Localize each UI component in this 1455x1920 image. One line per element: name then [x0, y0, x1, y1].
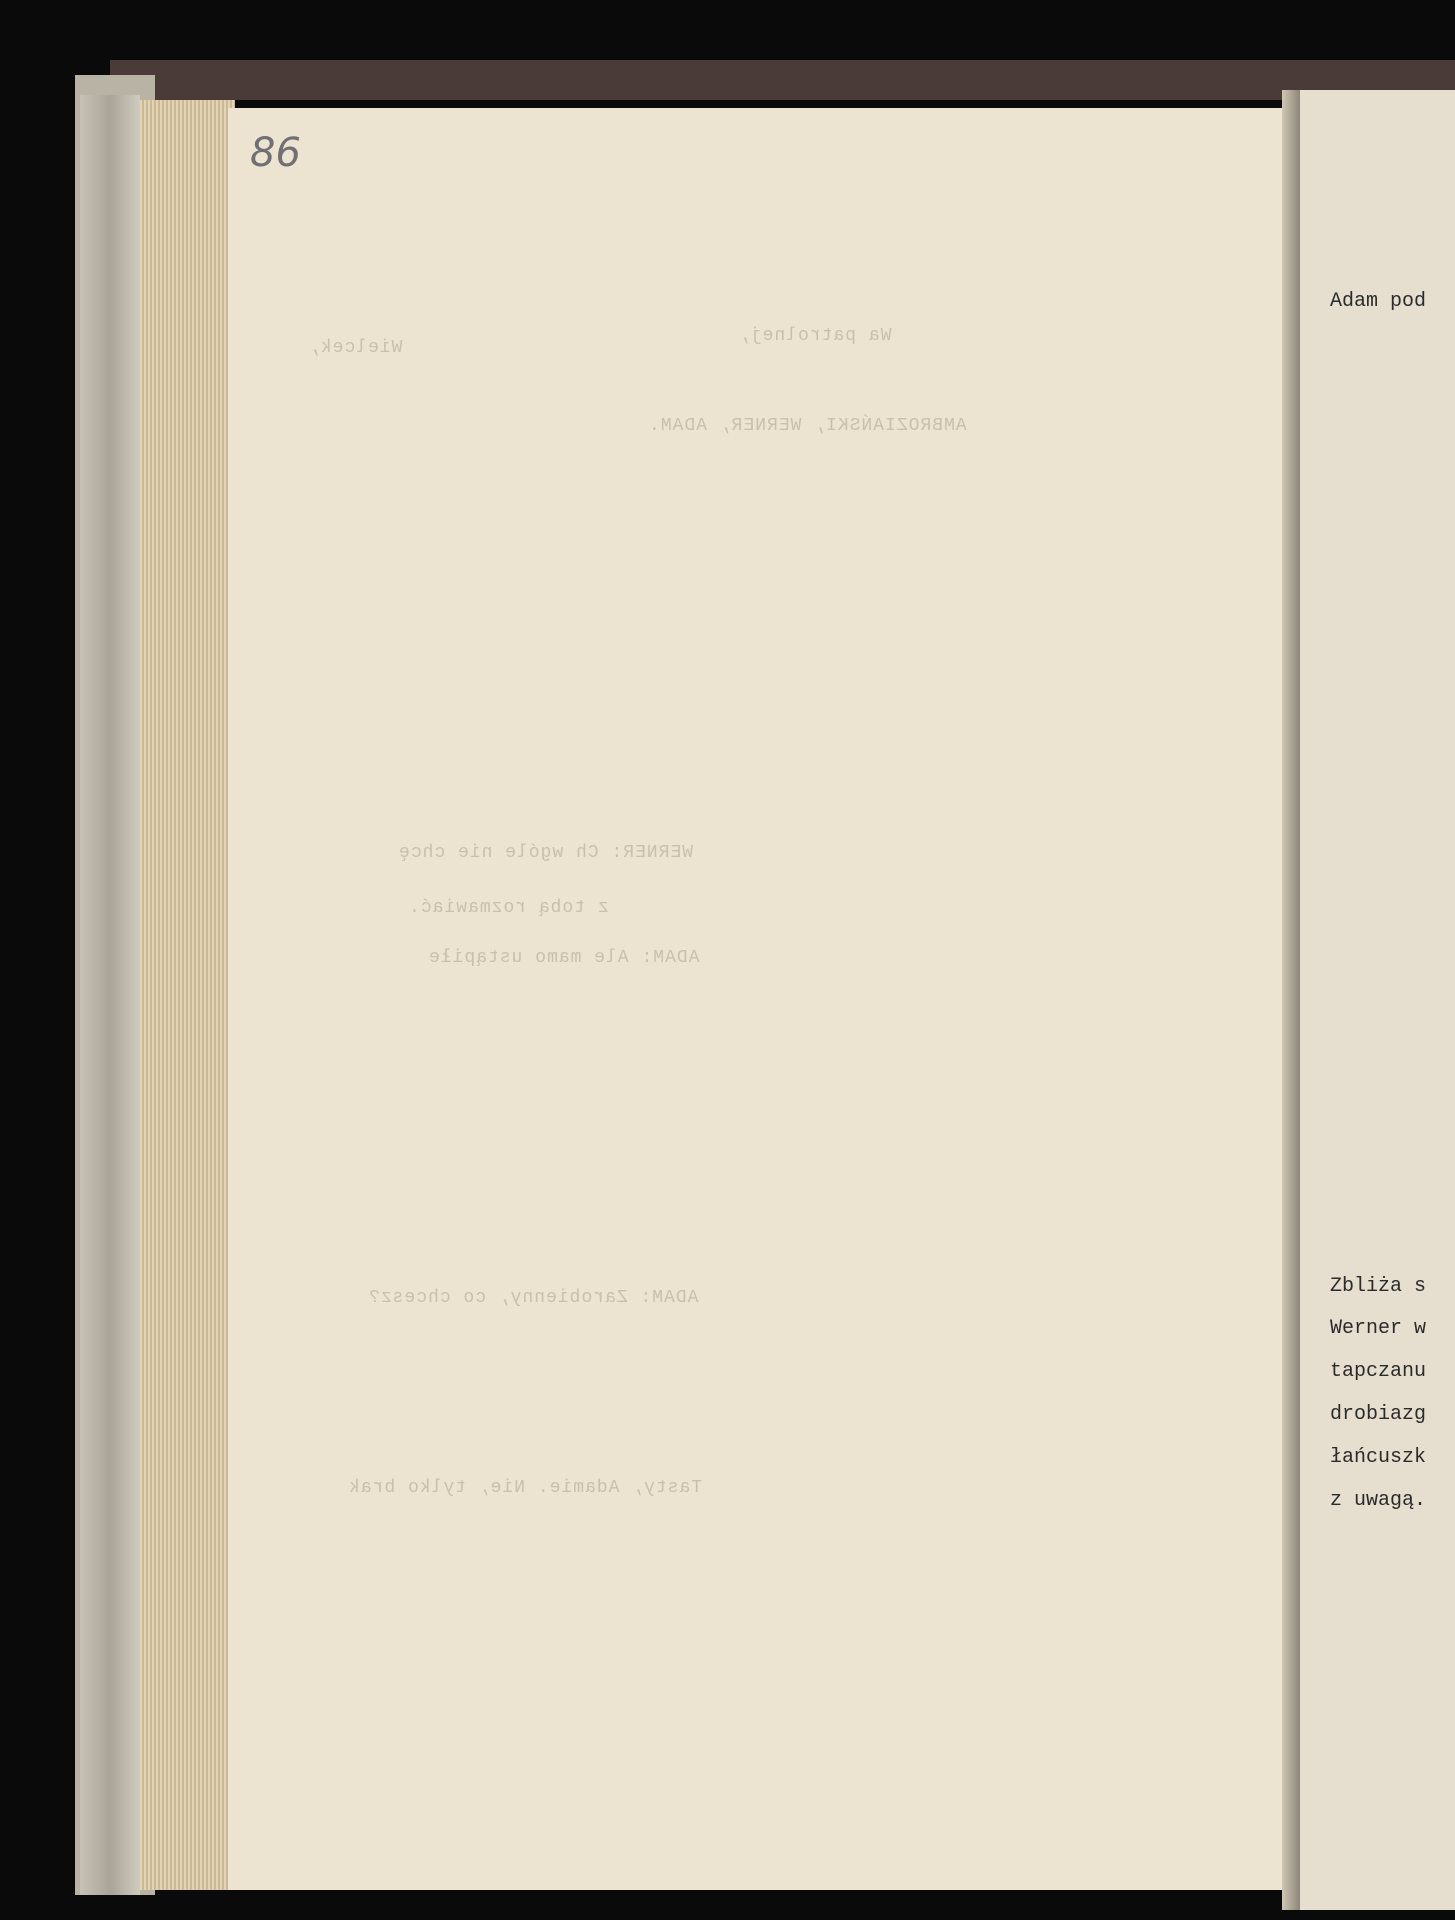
bleed-line: Wa patrolnej,	[738, 326, 891, 346]
right-page-line: Zbliża s	[1330, 1275, 1426, 1298]
bleed-line: ADAM: Zarobienny, co chcesz?	[368, 1288, 698, 1308]
handwritten-page-number: 86	[250, 130, 301, 176]
bleed-line: z tobą rozmawiać.	[408, 898, 609, 918]
bleed-line: Tasty, Adamie. Nie, tylko brak	[348, 1478, 702, 1498]
page-edges	[140, 100, 235, 1890]
right-page-line: Adam pod	[1330, 290, 1426, 313]
right-page	[1300, 90, 1455, 1910]
book-gutter	[1282, 90, 1300, 1910]
right-page-line: łańcuszk	[1330, 1446, 1426, 1469]
bleed-line: AMBROZIAŃSKI, WERNER, ADAM.	[648, 416, 967, 436]
right-page-line: Werner w	[1330, 1317, 1426, 1340]
right-page-line: tapczanu	[1330, 1360, 1426, 1383]
right-page-line: drobiazg	[1330, 1403, 1426, 1426]
bleed-line: ADAM: Ale mamo ustąpiłe	[428, 948, 699, 968]
book-cover-top	[110, 60, 1455, 100]
bleed-line: Wielcek,	[308, 338, 402, 358]
spine-label-strip	[80, 95, 140, 1895]
left-page: Wielcek, Wa patrolnej, AMBROZIAŃSKI, WER…	[228, 108, 1290, 1890]
bleed-line: WERNER: Ch wgóle nie chcę	[398, 843, 693, 863]
right-page-line: z uwagą.	[1330, 1489, 1426, 1512]
